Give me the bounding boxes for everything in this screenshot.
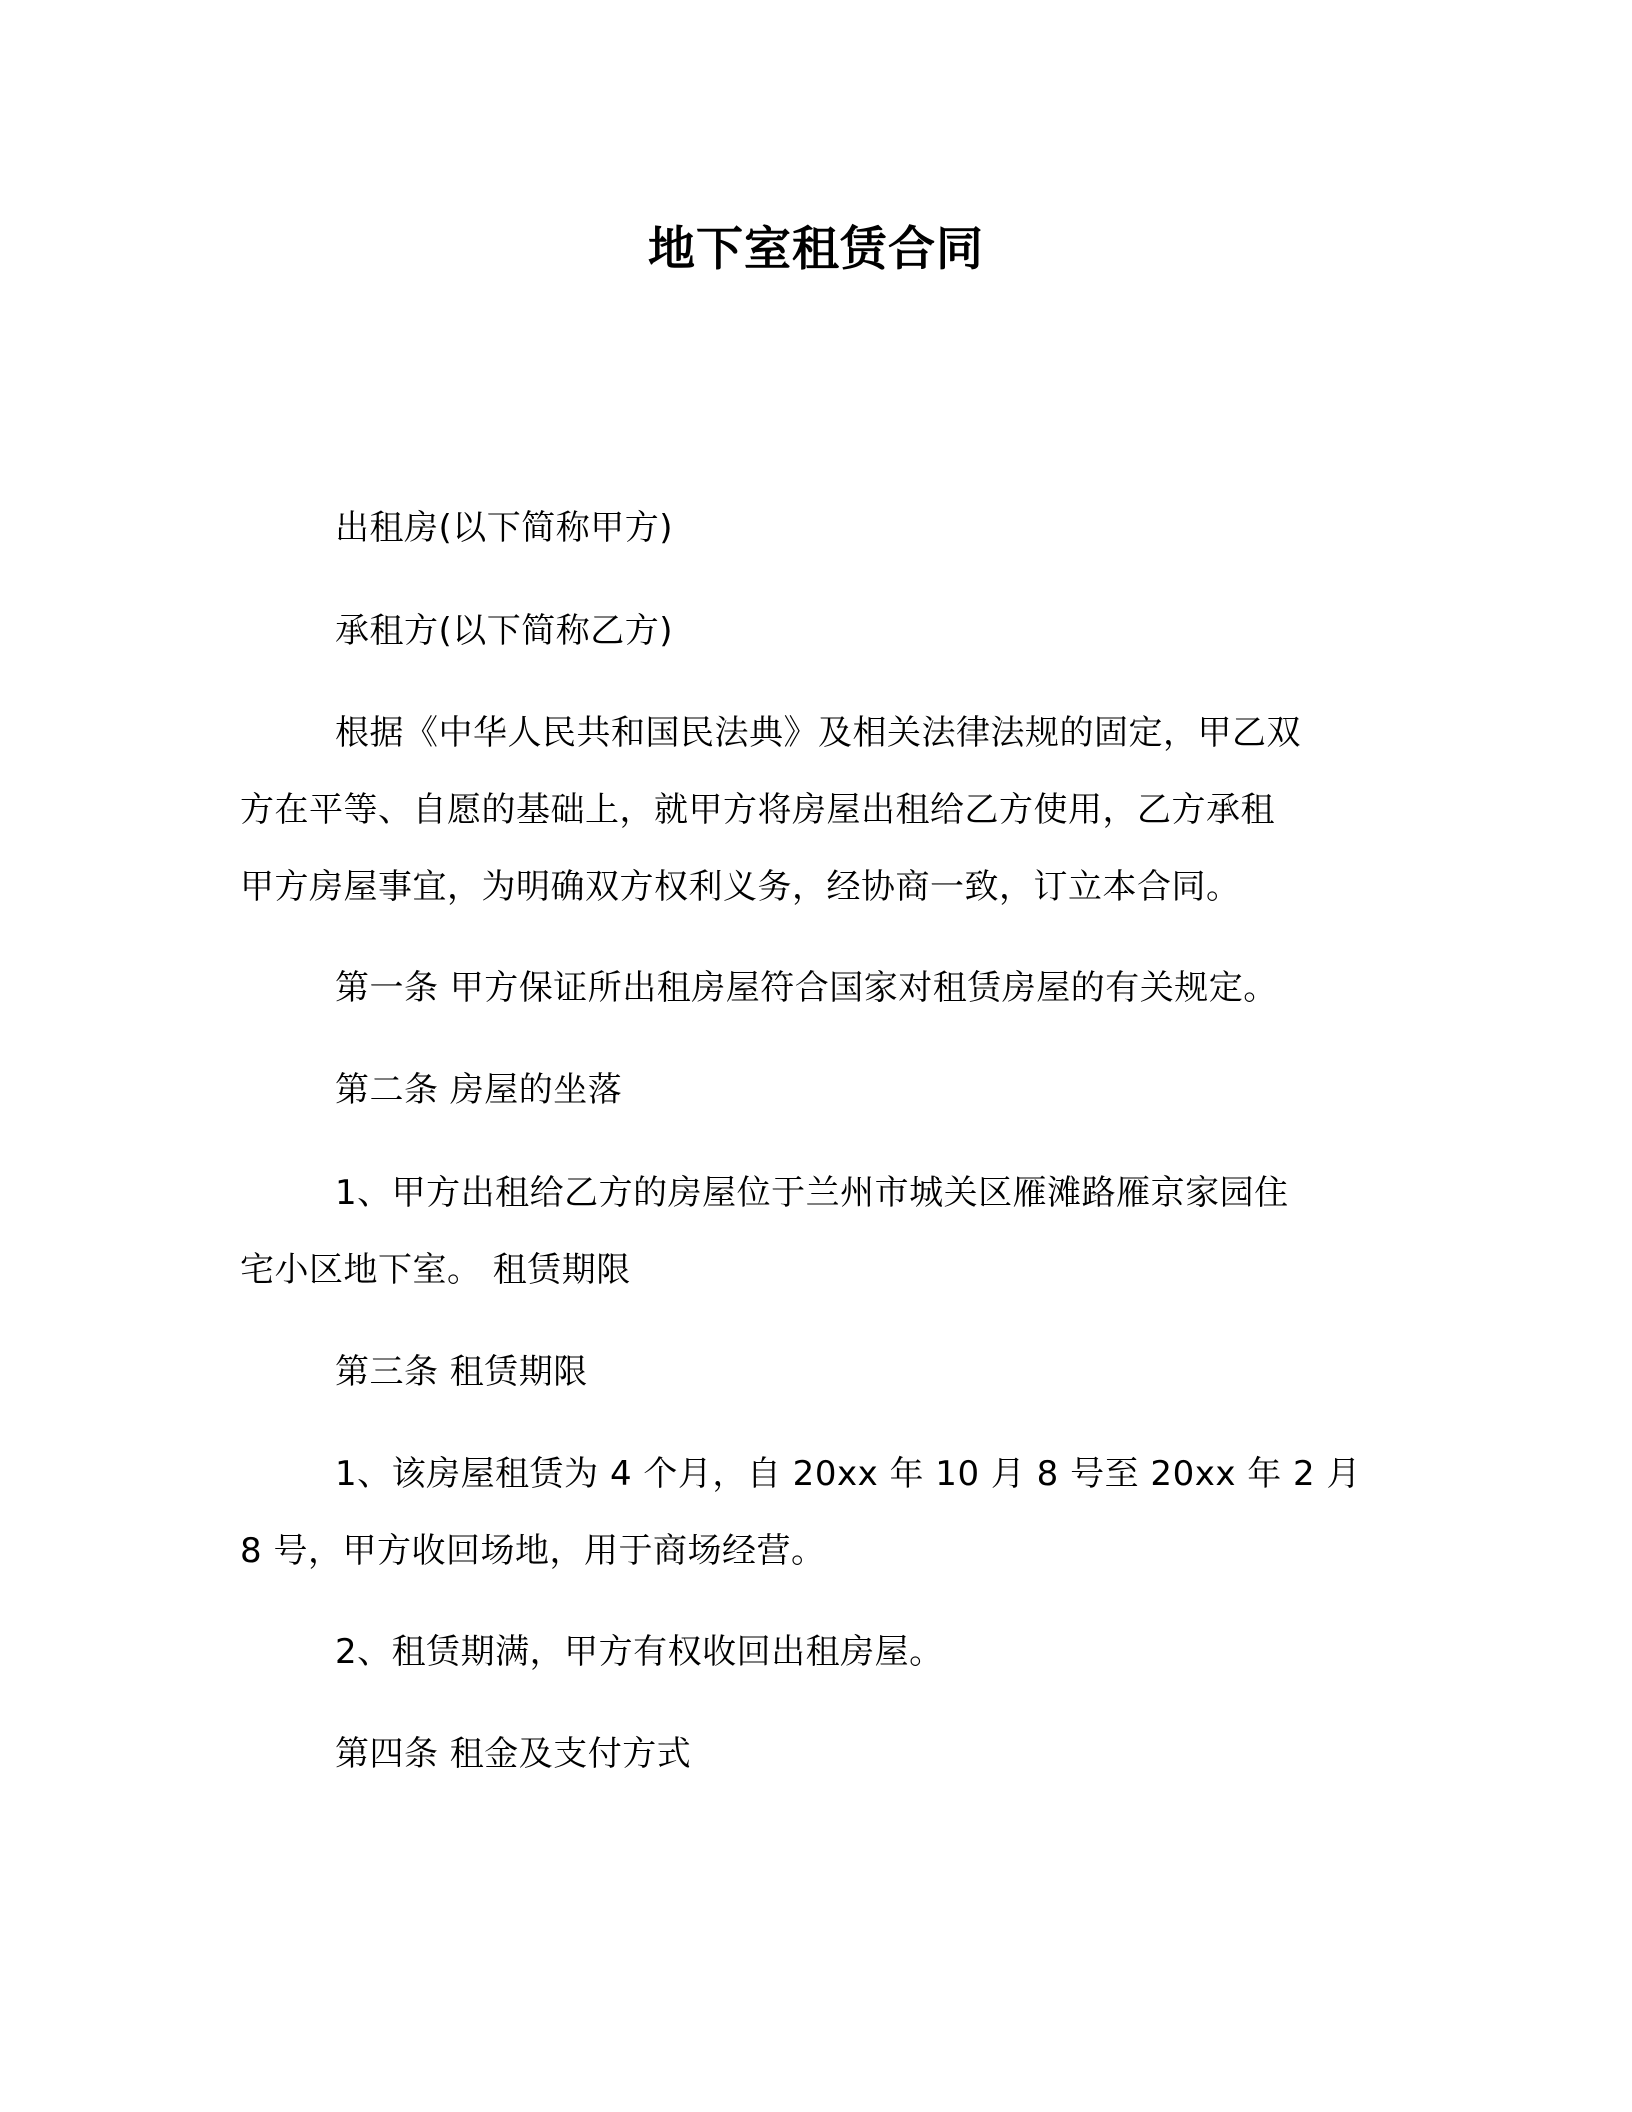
paragraph-line: 承租方(以下简称乙方) xyxy=(240,593,1380,670)
paragraph-line: 1、甲方出租给乙方的房屋位于兰州市城关区雁滩路雁京家园住 xyxy=(240,1155,1380,1232)
paragraph-line: 第二条 房屋的坐落 xyxy=(240,1052,1380,1129)
article-3-item-1: 1、该房屋租赁为 4 个月，自 20xx 年 10 月 8 号至 20xx 年 … xyxy=(240,1436,1380,1590)
document-title: 地下室租赁合同 xyxy=(0,218,1632,282)
article-3-item-2: 2、租赁期满，甲方有权收回出租房屋。 xyxy=(240,1614,1380,1691)
article-3-heading: 第三条 租赁期限 xyxy=(240,1334,1380,1411)
lessee-line: 承租方(以下简称乙方) xyxy=(240,593,1380,670)
paragraph-line: 2、租赁期满，甲方有权收回出租房屋。 xyxy=(240,1614,1380,1691)
preamble-paragraph: 根据《中华人民共和国民法典》及相关法律法规的固定，甲乙双 方在平等、自愿的基础上… xyxy=(240,695,1380,926)
paragraph-line: 第四条 租金及支付方式 xyxy=(240,1716,1380,1793)
paragraph-line: 1、该房屋租赁为 4 个月，自 20xx 年 10 月 8 号至 20xx 年 … xyxy=(240,1436,1380,1513)
paragraph-line: 方在平等、自愿的基础上，就甲方将房屋出租给乙方使用，乙方承租 xyxy=(240,772,1380,849)
paragraph-line: 根据《中华人民共和国民法典》及相关法律法规的固定，甲乙双 xyxy=(240,695,1380,772)
paragraph-line: 第三条 租赁期限 xyxy=(240,1334,1380,1411)
paragraph-line: 宅小区地下室。 租赁期限 xyxy=(240,1232,1380,1309)
paragraph-line: 8 号，甲方收回场地，用于商场经营。 xyxy=(240,1513,1380,1590)
article-4-heading: 第四条 租金及支付方式 xyxy=(240,1716,1380,1793)
paragraph-line: 出租房(以下简称甲方) xyxy=(240,490,1380,567)
paragraph-line: 甲方房屋事宜，为明确双方权利义务，经协商一致，订立本合同。 xyxy=(240,849,1380,926)
paragraph-line: 第一条 甲方保证所出租房屋符合国家对租赁房屋的有关规定。 xyxy=(240,950,1380,1027)
article-2-item-1: 1、甲方出租给乙方的房屋位于兰州市城关区雁滩路雁京家园住 宅小区地下室。 租赁期… xyxy=(240,1155,1380,1309)
article-1-paragraph: 第一条 甲方保证所出租房屋符合国家对租赁房屋的有关规定。 xyxy=(240,950,1380,1027)
article-2-heading: 第二条 房屋的坐落 xyxy=(240,1052,1380,1129)
lessor-line: 出租房(以下简称甲方) xyxy=(240,490,1380,567)
